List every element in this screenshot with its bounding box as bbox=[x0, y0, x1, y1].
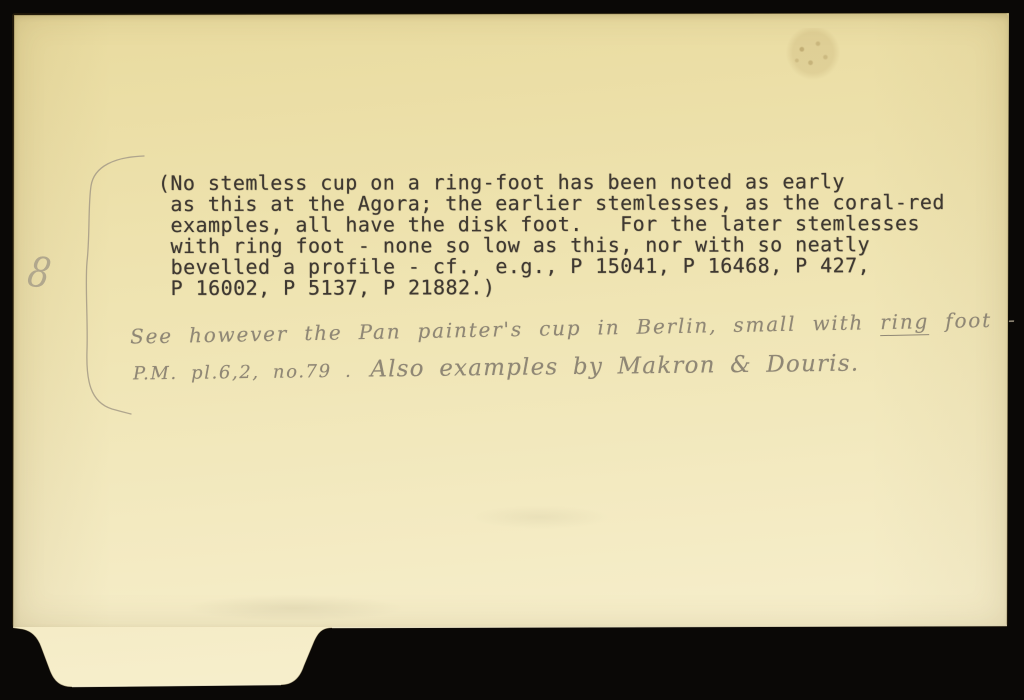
typed-line-6: P 16002, P 5137, P 21882.) bbox=[158, 276, 945, 299]
index-card-scan bbox=[0, 0, 1024, 700]
typed-note: (No stemless cup on a ring-foot has been… bbox=[158, 171, 945, 299]
underlined-word-ring: ring bbox=[880, 309, 929, 336]
handwritten-line-1-post: foot - bbox=[929, 307, 1017, 333]
scanner-background: { "colors": { "bg": "#0a0806", "paper_to… bbox=[0, 0, 1024, 700]
handwritten-reference: P.M. pl.6,2, no.79 . bbox=[133, 361, 353, 385]
index-card-shape bbox=[13, 13, 1009, 687]
typed-line-5: bevelled a profile - cf., e.g., P 15041,… bbox=[158, 255, 945, 278]
